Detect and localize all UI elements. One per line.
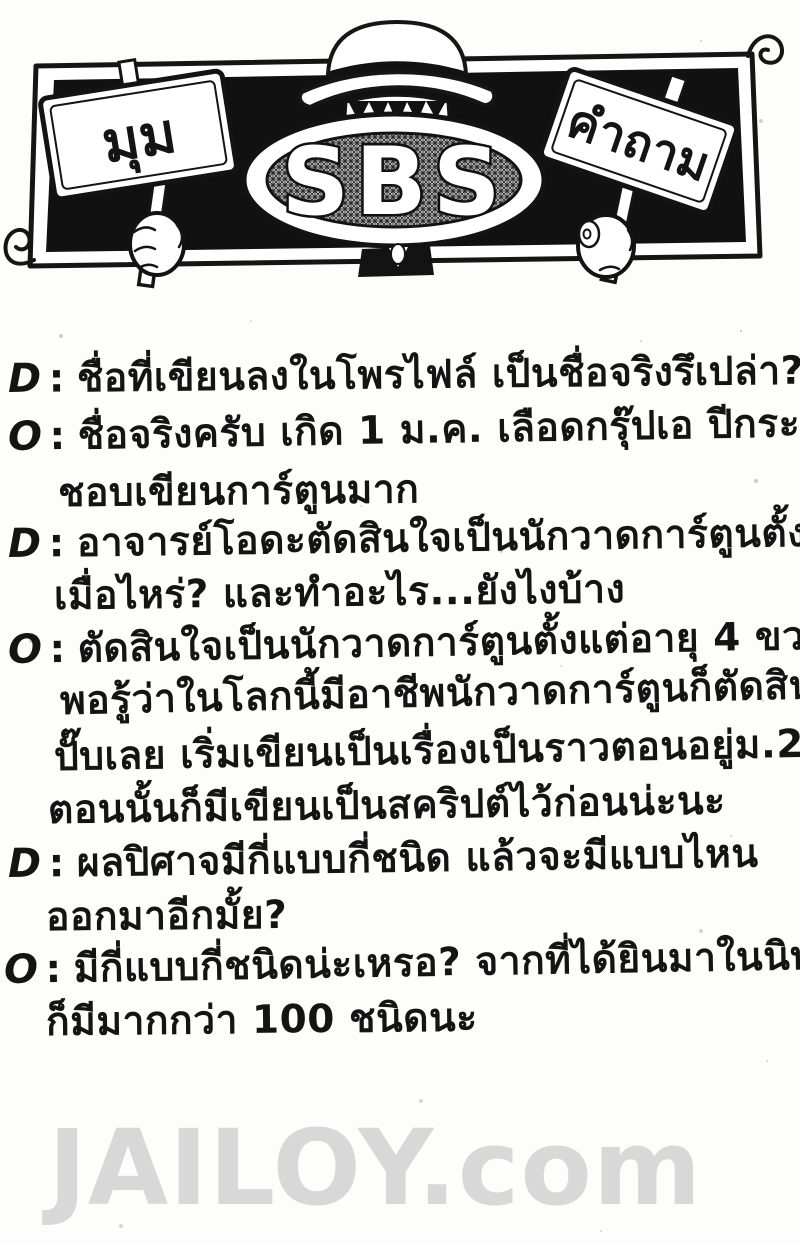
manga-sbs-page: SBS มุม คำถาม [0, 0, 800, 1243]
qa-line-answer-2: O:ตัดสินใจเป็นนักวาดการ์ตูนตั้งแต่อายุ 4… [8, 613, 800, 674]
sbs-mouth: SBS [244, 114, 544, 246]
qa-line-answer-1: O:ชื่อจริงครับ เกิด 1 ม.ค. เลือดกรุ๊ปเอ … [8, 399, 800, 461]
speaker-label: D [8, 521, 42, 567]
left-sign-label: มุม [98, 101, 181, 179]
qa-text: ตัดสินใจเป็นนักวาดการ์ตูนตั้งแต่อายุ 4 ข… [77, 614, 800, 672]
qa-line-answer-2-cont: ปั๊บเลย เริ่มเขียนเป็นเรื่องเป็นราวตอนอย… [54, 723, 800, 781]
speaker-separator: : [48, 522, 65, 567]
speaker-separator: : [49, 628, 66, 673]
qa-text: ออกมาอีกมั้ย? [46, 893, 288, 940]
speaker-separator: : [48, 842, 65, 887]
qa-text: ชื่อที่เขียนลงในโพรไฟล์ เป็นชื่อจริงรึเป… [77, 349, 800, 402]
qa-text: พอรู้ว่าในโลกนี้มีอาชีพนักวาดการ์ตูนก็ตั… [60, 662, 800, 724]
watermark: JAILOY.com [48, 1116, 702, 1220]
qa-line-answer-2-cont: ตอนนั้นก็มีเขียนเป็นสคริปต์ไว้ก่อนน่ะนะ [48, 780, 726, 834]
sbs-logo-text: SBS [281, 128, 506, 237]
speaker-separator: : [45, 948, 62, 993]
suit-body [358, 244, 434, 277]
speaker-label: O [4, 946, 39, 993]
speaker-label: D [8, 356, 42, 402]
qa-text: ก็มีมากกว่า 100 ชนิดนะ [46, 995, 478, 1045]
qa-line-question-2: D:อาจารย์โอดะตัดสินใจเป็นนักวาดการ์ตูนตั… [8, 509, 800, 568]
qa-text: ผลปิศาจมีกี่แบบกี่ชนิด แล้วจะมีแบบไหน [76, 832, 758, 887]
qa-line-question-1: D:ชื่อที่เขียนลงในโพรไฟล์ เป็นชื่อจริงรึ… [8, 348, 800, 403]
sbs-header-illustration: SBS มุม คำถาม [0, 8, 800, 318]
speaker-label: O [8, 626, 43, 673]
qa-line-answer-2-cont: พอรู้ว่าในโลกนี้มีอาชีพนักวาดการ์ตูนก็ตั… [60, 663, 800, 725]
qa-text: ตอนนั้นก็มีเขียนเป็นสคริปต์ไว้ก่อนน่ะนะ [48, 779, 726, 833]
qa-line-question-3: D:ผลปิศาจมีกี่แบบกี่ชนิด แล้วจะมีแบบไหน [8, 831, 759, 888]
qa-line-answer-1-cont: ชอบเขียนการ์ตูนมาก [58, 468, 420, 517]
qa-line-answer-3-cont: ก็มีมากกว่า 100 ชนิดนะ [46, 996, 478, 1045]
speaker-label: O [8, 413, 43, 460]
left-fist-icon [130, 213, 184, 275]
qa-text: เมื่อไหร่? และทำอะไร...ยังไงบ้าง [54, 567, 626, 619]
qa-line-question-2-cont: เมื่อไหร่? และทำอะไร...ยังไงบ้าง [54, 568, 626, 620]
qa-text: มีกี่แบบกี่ชนิดน่ะเหรอ? จากที่ได้ยินมาใน… [73, 933, 800, 992]
speaker-separator: : [48, 357, 65, 402]
qa-text: ชอบเขียนการ์ตูนมาก [58, 467, 420, 516]
qa-text: ชื่อจริงครับ เกิด 1 ม.ค. เลือดกรุ๊ปเอ ปี… [77, 400, 800, 459]
right-fist-icon [578, 215, 634, 277]
qa-line-question-3-cont: ออกมาอีกมั้ย? [46, 894, 288, 941]
qa-text: อาจารย์โอดะตัดสินใจเป็นนักวาดการ์ตูนตั้ง… [76, 510, 800, 566]
qa-text: ปั๊บเลย เริ่มเขียนเป็นเรื่องเป็นราวตอนอย… [54, 722, 800, 780]
qa-line-answer-3: O:มีกี่แบบกี่ชนิดน่ะเหรอ? จากที่ได้ยินมา… [4, 932, 800, 994]
speaker-label: D [8, 841, 42, 887]
speaker-separator: : [49, 415, 66, 460]
